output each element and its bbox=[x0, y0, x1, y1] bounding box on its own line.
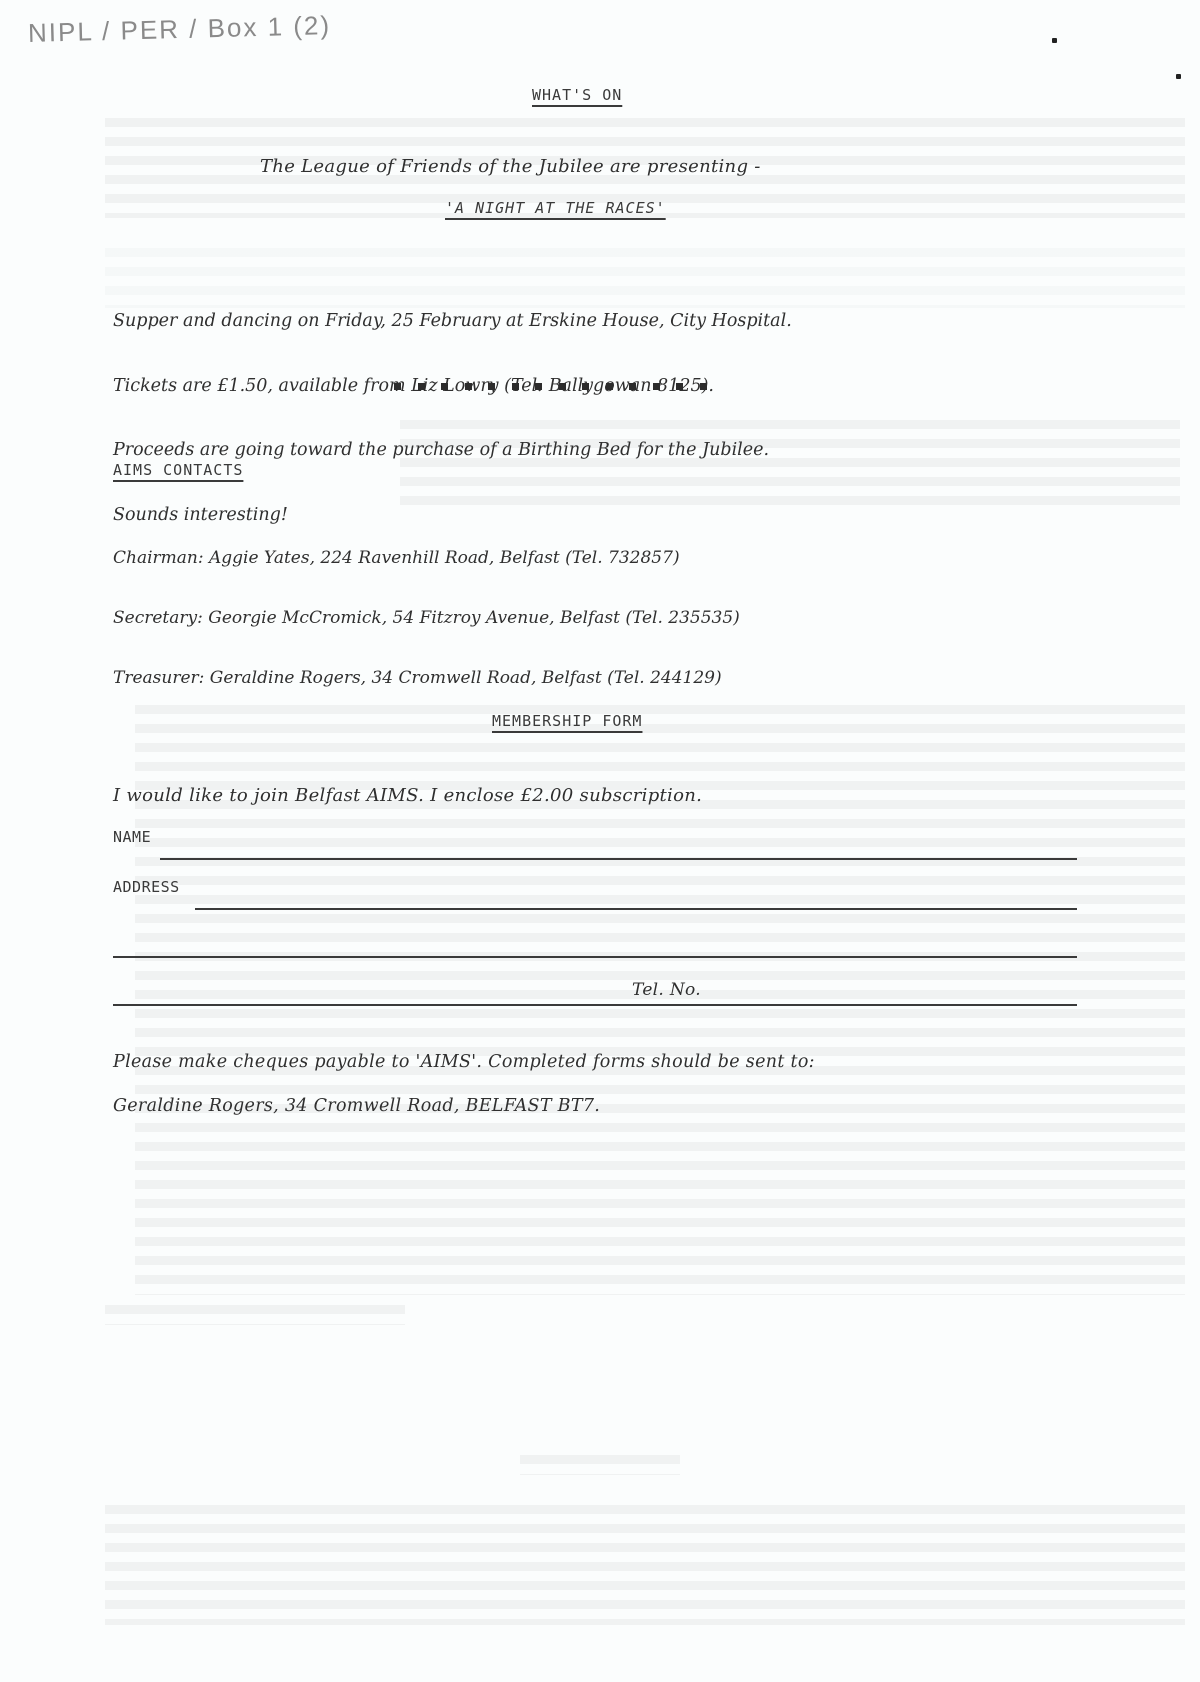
event-title: 'A NIGHT AT THE RACES' bbox=[445, 199, 666, 217]
asterisk-icon bbox=[653, 383, 660, 390]
archive-reference: NIPL / PER / Box 1 (2) bbox=[28, 10, 332, 49]
asterisk-icon bbox=[535, 383, 542, 390]
asterisk-icon bbox=[700, 383, 707, 390]
event-details-line: Proceeds are going toward the purchase o… bbox=[113, 440, 792, 462]
tel-label: Tel. No. bbox=[632, 980, 701, 1000]
whats-on-heading: WHAT'S ON bbox=[532, 86, 622, 104]
section-separator bbox=[394, 383, 707, 390]
bleed-through-text bbox=[105, 1505, 1185, 1625]
contacts-list: Chairman: Aggie Yates, 224 Ravenhill Roa… bbox=[113, 508, 740, 728]
send-to-address: Geraldine Rogers, 34 Cromwell Road, BELF… bbox=[113, 1096, 600, 1116]
asterisk-icon bbox=[418, 383, 425, 390]
asterisk-icon bbox=[676, 383, 683, 390]
ink-speck bbox=[1052, 38, 1057, 43]
bleed-through-heading bbox=[520, 1455, 680, 1475]
payment-note: Please make cheques payable to 'AIMS'. C… bbox=[113, 1052, 815, 1072]
contacts-heading: AIMS CONTACTS bbox=[113, 461, 243, 479]
contact-chairman: Chairman: Aggie Yates, 224 Ravenhill Roa… bbox=[113, 548, 740, 568]
asterisk-icon bbox=[488, 383, 495, 390]
contact-treasurer: Treasurer: Geraldine Rogers, 34 Cromwell… bbox=[113, 668, 740, 688]
asterisk-icon bbox=[441, 383, 448, 390]
document-page: NIPL / PER / Box 1 (2) WHAT'S ON The Lea… bbox=[0, 0, 1200, 1682]
name-field-line[interactable] bbox=[160, 858, 1077, 860]
bleed-through-text bbox=[105, 1305, 405, 1325]
membership-statement: I would like to join Belfast AIMS. I enc… bbox=[113, 785, 702, 806]
membership-form-heading: MEMBERSHIP FORM bbox=[492, 712, 642, 730]
asterisk-icon bbox=[559, 383, 566, 390]
asterisk-icon bbox=[394, 383, 401, 390]
address-field-line[interactable] bbox=[195, 908, 1077, 910]
address-label: ADDRESS bbox=[113, 878, 180, 896]
name-label: NAME bbox=[113, 828, 151, 846]
event-details-line: Supper and dancing on Friday, 25 Februar… bbox=[113, 311, 792, 333]
asterisk-icon bbox=[606, 383, 613, 390]
ink-speck bbox=[1176, 74, 1181, 79]
contact-secretary: Secretary: Georgie McCromick, 54 Fitzroy… bbox=[113, 608, 740, 628]
asterisk-icon bbox=[512, 383, 519, 390]
asterisk-icon bbox=[582, 383, 589, 390]
asterisk-icon bbox=[465, 383, 472, 390]
address-field-line-2[interactable] bbox=[113, 956, 1077, 958]
event-intro: The League of Friends of the Jubilee are… bbox=[260, 156, 761, 177]
tel-field-line[interactable] bbox=[113, 1004, 1077, 1006]
asterisk-icon bbox=[629, 383, 636, 390]
